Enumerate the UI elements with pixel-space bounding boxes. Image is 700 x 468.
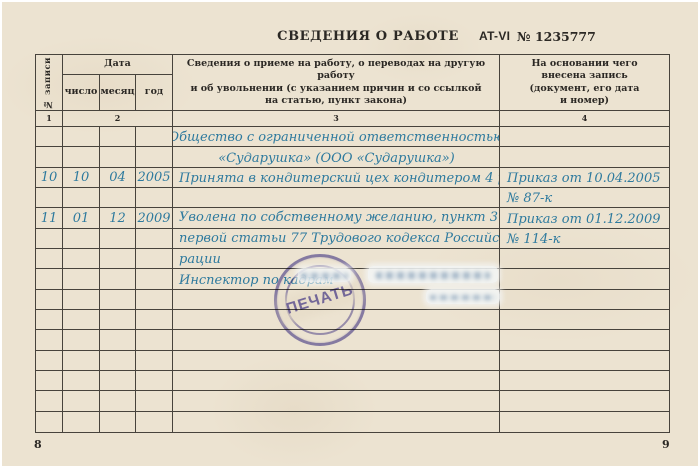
- basis-header-line3: (документ, его дата: [530, 83, 640, 95]
- entry-row-3-day: [63, 188, 100, 208]
- month-subheader: месяц: [100, 75, 136, 111]
- record-no-column-header: № записи: [36, 55, 63, 111]
- entry-row-1-basis: [500, 147, 669, 167]
- entry-row-4-info: Уволена по собственному желанию, пункт 3…: [173, 208, 500, 228]
- entry-row-2-no: 10: [36, 168, 63, 188]
- entry-row-2-month: 04: [100, 168, 136, 188]
- column-number-3: 3: [173, 111, 500, 127]
- entry-row-5-no: [36, 229, 63, 249]
- entry-row-4-day: 01: [63, 208, 100, 228]
- entry-row-10-year: [136, 330, 173, 350]
- entry-row-9-basis: [500, 310, 669, 330]
- date-column-header: Дата: [63, 55, 173, 75]
- entry-row-5-month: [100, 229, 136, 249]
- entry-row-12-basis: [500, 371, 669, 391]
- entry-row-6-month: [100, 249, 136, 269]
- column-number-2: 2: [63, 111, 173, 127]
- entry-row-1-day: [63, 147, 100, 167]
- entry-row-1-month: [100, 147, 136, 167]
- entry-row-6-no: [36, 249, 63, 269]
- entry-row-13-month: [100, 391, 136, 411]
- entry-row-9-info: [173, 310, 500, 330]
- entry-row-2-year: 2005: [136, 168, 173, 188]
- entry-row-8-info: [173, 290, 500, 310]
- entry-row-6-year: [136, 249, 173, 269]
- entry-row-5-basis: № 114-к: [500, 229, 669, 249]
- entry-row-2-day: 10: [63, 168, 100, 188]
- basis-column-header: На основании чего внесена запись (докуме…: [500, 55, 669, 111]
- entry-row-11-month: [100, 351, 136, 371]
- work-records-table: № записи Дата число месяц год Сведения о…: [35, 54, 670, 433]
- entry-row-11-basis: [500, 351, 669, 371]
- entry-row-10-basis: [500, 330, 669, 350]
- basis-header-line4: и номер): [530, 95, 640, 107]
- entry-row-11-day: [63, 351, 100, 371]
- entry-row-12-day: [63, 371, 100, 391]
- entry-row-12-no: [36, 371, 63, 391]
- entry-row-12-info: [173, 371, 500, 391]
- record-book-page: СВЕДЕНИЯ О РАБОТЕ AT-VI № 1235777 № запи…: [2, 2, 698, 466]
- document-number: № 1235777: [517, 29, 596, 44]
- column-number-4: 4: [500, 111, 669, 127]
- entry-row-0-info: Общество с ограниченной ответственностью: [173, 127, 500, 147]
- entry-row-6-basis: [500, 249, 669, 269]
- entry-row-5-day: [63, 229, 100, 249]
- entry-row-9-day: [63, 310, 100, 330]
- entry-row-11-year: [136, 351, 173, 371]
- entry-row-14-month: [100, 412, 136, 432]
- entry-row-10-info: [173, 330, 500, 350]
- entry-row-8-year: [136, 290, 173, 310]
- entry-row-8-month: [100, 290, 136, 310]
- entry-row-10-no: [36, 330, 63, 350]
- entry-row-3-year: [136, 188, 173, 208]
- record-no-label: № записи: [43, 57, 54, 109]
- basis-header-line1: На основании чего: [530, 58, 640, 70]
- entry-row-7-info: Инспектор по кадрам: [173, 269, 500, 289]
- entry-row-6-info: рации: [173, 249, 500, 269]
- entry-row-2-basis: Приказ от 10.04.2005: [500, 168, 669, 188]
- entry-row-13-no: [36, 391, 63, 411]
- entry-row-9-no: [36, 310, 63, 330]
- entry-row-4-month: 12: [100, 208, 136, 228]
- entry-row-1-info: «Сударушка» (ООО «Сударушка»): [173, 147, 500, 167]
- entry-row-3-info: [173, 188, 500, 208]
- entry-row-0-month: [100, 127, 136, 147]
- entry-row-7-year: [136, 269, 173, 289]
- entry-row-9-month: [100, 310, 136, 330]
- entry-row-8-day: [63, 290, 100, 310]
- series-code: AT-VI: [479, 29, 510, 43]
- entry-row-12-month: [100, 371, 136, 391]
- entry-row-8-no: [36, 290, 63, 310]
- entry-row-0-basis: [500, 127, 669, 147]
- entry-row-4-year: 2009: [136, 208, 173, 228]
- entry-row-7-day: [63, 269, 100, 289]
- entry-row-5-info: первой статьи 77 Трудового кодекса Росси…: [173, 229, 500, 249]
- entry-row-0-no: [36, 127, 63, 147]
- page-number-left: 8: [34, 438, 42, 451]
- entry-row-14-basis: [500, 412, 669, 432]
- entry-row-14-no: [36, 412, 63, 432]
- entry-row-4-basis: Приказ от 01.12.2009: [500, 208, 669, 228]
- entry-row-10-month: [100, 330, 136, 350]
- info-column-header: Сведения о приеме на работу, о переводах…: [173, 55, 500, 111]
- entry-row-13-year: [136, 391, 173, 411]
- page-number-right: 9: [662, 438, 670, 451]
- entry-row-10-day: [63, 330, 100, 350]
- entry-row-9-year: [136, 310, 173, 330]
- entry-row-1-no: [36, 147, 63, 167]
- info-header-line2: и об увольнении (с указанием причин и со…: [179, 83, 493, 95]
- entry-row-6-day: [63, 249, 100, 269]
- info-header-line1: Сведения о приеме на работу, о переводах…: [179, 58, 493, 83]
- entry-row-13-info: [173, 391, 500, 411]
- day-subheader: число: [63, 75, 100, 111]
- entry-row-13-basis: [500, 391, 669, 411]
- entry-row-11-info: [173, 351, 500, 371]
- entry-row-7-basis: [500, 269, 669, 289]
- entry-row-3-basis: № 87-к: [500, 188, 669, 208]
- entry-row-14-info: [173, 412, 500, 432]
- entry-row-7-month: [100, 269, 136, 289]
- entry-row-12-year: [136, 371, 173, 391]
- entry-row-7-no: [36, 269, 63, 289]
- entry-row-11-no: [36, 351, 63, 371]
- info-header-line3: на статью, пункт закона): [179, 95, 493, 107]
- entry-row-2-info: Принята в кондитерский цех кондитером 4 …: [173, 168, 500, 188]
- column-number-1: 1: [36, 111, 63, 127]
- entry-row-8-basis: [500, 290, 669, 310]
- entry-row-1-year: [136, 147, 173, 167]
- basis-header-line2: внесена запись: [530, 70, 640, 82]
- year-subheader: год: [136, 75, 173, 111]
- entry-row-5-year: [136, 229, 173, 249]
- entry-row-3-month: [100, 188, 136, 208]
- entry-row-0-day: [63, 127, 100, 147]
- entry-row-14-year: [136, 412, 173, 432]
- entry-row-14-day: [63, 412, 100, 432]
- entry-row-3-no: [36, 188, 63, 208]
- entry-row-4-no: 11: [36, 208, 63, 228]
- page-title: СВЕДЕНИЯ О РАБОТЕ: [240, 29, 496, 44]
- entry-row-13-day: [63, 391, 100, 411]
- entry-row-0-year: [136, 127, 173, 147]
